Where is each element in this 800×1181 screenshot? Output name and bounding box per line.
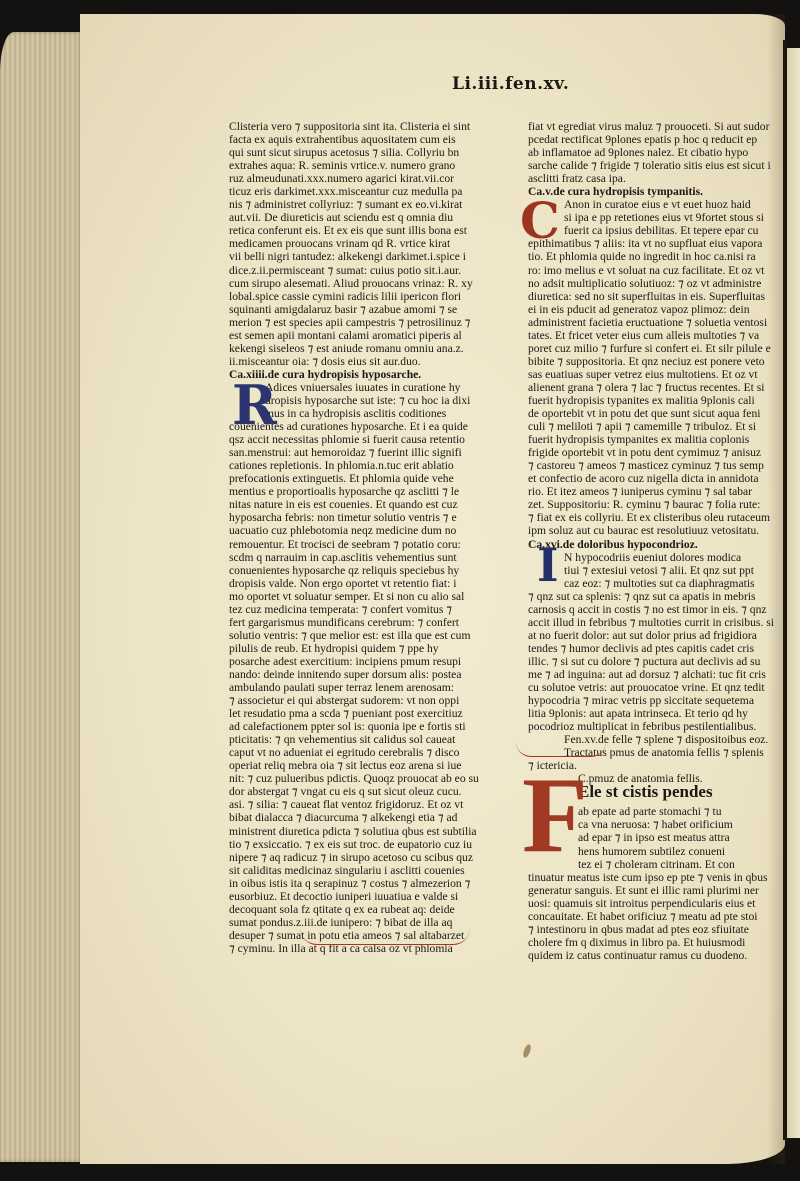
initial-c-red: C: [520, 196, 560, 246]
text-line: asi. ⁊ silia: ⁊ caueat flat ventoz frigi…: [229, 798, 487, 811]
text-line: posarche adest exercitium: incipiens pmu…: [229, 655, 487, 668]
text-line: conuenientes hyposarche qz reliquis spec…: [229, 564, 487, 577]
text-line: zet. Suppositoriu: R. cyminu ⁊ baurac ⁊ …: [528, 498, 776, 511]
text-line: solutio ventris: ⁊ que melior est: est i…: [229, 629, 487, 642]
text-line: Clisteria vero ⁊ suppositoria sint ita. …: [229, 120, 487, 133]
text-line: medicamen prouocans vrinam qd R. vrtice …: [229, 237, 487, 250]
book-spread: Li.iii.fen.xv. Clisteria vero ⁊ supposit…: [0, 0, 800, 1181]
text-line: pcedat rectificat 9plones epatis p hoc q…: [528, 133, 776, 146]
red-flourish: [516, 742, 606, 757]
text-line: ad calefactionem ppter sol is: quonia ip…: [229, 720, 487, 733]
text-line: let resudatio pma a scda ⁊ pueniant post…: [229, 707, 487, 720]
text-line: ei in eis pducit ad generatoz vapoz plim…: [528, 303, 776, 316]
initial-r-blue: R: [232, 378, 277, 432]
text-line: lobal.spice cassie cymini radicis lilii …: [229, 290, 487, 303]
text-line: ro: imo melius e vt soluat na cuz facili…: [528, 264, 776, 277]
text-line: merion ⁊ est species apii campestris ⁊ p…: [229, 316, 487, 329]
text-line: ruz almeudunati.xxx.numero agarici kirat…: [229, 172, 487, 185]
text-line: bibite ⁊ suppositoria. Et qnz neciuz est…: [528, 355, 776, 368]
initial-f-red-large: F: [522, 762, 588, 870]
text-line: pticitatis: ⁊ qn vehementius sit calidus…: [229, 733, 487, 746]
running-head: Li.iii.fen.xv.: [452, 74, 572, 94]
text-line: ⁊ qnz sut ca splenis: ⁊ qnz sut ca apati…: [528, 590, 776, 603]
text-line: sumat pondus.z.iii.de iunipero: ⁊ bibat …: [229, 916, 487, 929]
text-line: tio ⁊ exsiccatio. ⁊ ex eis sut troc. de …: [229, 838, 487, 851]
text-line: ⁊ intestinoru in qbus madat ad ptes eoz …: [528, 923, 776, 936]
text-line: hypocodria ⁊ mirac vetris pp siccitate s…: [528, 694, 776, 707]
text-line: ⁊ fiat ex eis collyriu. Et ex clisteribu…: [528, 511, 776, 524]
text-line: epithimatibus ⁊ aliis: ita vt no supflua…: [528, 237, 776, 250]
text-line: asclitti fratz casa ipa.: [528, 172, 776, 185]
text-line: san.menstrui: aut hemoroidaz ⁊ fuerint i…: [229, 446, 487, 459]
text-line: extrahes aqua: R. seminis vrtice.v. nume…: [229, 159, 487, 172]
text-line: Anon in curatoe eius e vt euet huoz haid: [528, 198, 776, 211]
text-line: scdm q narrauim in cap.asclitis vehement…: [229, 551, 487, 564]
text-line: nando: deinde innitendo super dorsum ali…: [229, 668, 487, 681]
text-line: poret cuz milio ⁊ furfure si confert ei.…: [528, 342, 776, 355]
text-line: in oibus istis ita q serapinuz ⁊ costus …: [229, 877, 487, 890]
text-line: cationes repletionis. In phlomia.n.tuc e…: [229, 459, 487, 472]
text-line: aut.vii. De diureticis aut sciendu est q…: [229, 211, 487, 224]
text-line: vii belli nigri tantudez: alkekengi dark…: [229, 250, 487, 263]
text-line: frigide oportebit vt in potu dent cymimu…: [528, 446, 776, 459]
text-line: tendes ⁊ humor declivis ad ptes capitis …: [528, 642, 776, 655]
text-line: carnosis q accit in costis ⁊ no est timo…: [528, 603, 776, 616]
text-line: dice.z.ii.permisceant ⁊ sumat: cuius pot…: [229, 264, 487, 277]
text-line: dropisis valde. Non ergo oportet vt rete…: [229, 577, 487, 590]
text-line: remouentur. Et trocisci de seebram ⁊ pot…: [229, 538, 487, 551]
text-line: ⁊ castoreu ⁊ ameos ⁊ masticez cyminuz ⁊ …: [528, 459, 776, 472]
text-line: accit illud in febribus ⁊ multoties curr…: [528, 616, 776, 629]
text-line: ipm soluz aut cu baurac est resolutiuuz …: [528, 524, 776, 537]
text-line: ii.misceantur oia: ⁊ dosis eius sit aur.…: [229, 355, 487, 368]
chapter-heading: Ca.xvi.de doloribus hypocondrioz.: [528, 538, 776, 551]
text-line: est semen apii montani calami aromatici …: [229, 329, 487, 342]
text-line: pilulis de reub. Et hydropisi quidem ⁊ p…: [229, 642, 487, 655]
text-line: squinanti amigdalaruz basir ⁊ azabue amo…: [229, 303, 487, 316]
text-line: kekengi siseleos ⁊ est aniude romanu omn…: [229, 342, 487, 355]
text-line: hyposarcha febris: non timetur solutio v…: [229, 511, 487, 524]
text-line: ministrent diuretica pdicta ⁊ solutiua q…: [229, 825, 487, 838]
text-line: facta ex aquis extrahentibus aquositatem…: [229, 133, 487, 146]
text-line: mo oportet vt soluatur semper. Et si non…: [229, 590, 487, 603]
text-line: at no fuerit dolor: aut sut dolor prius …: [528, 629, 776, 642]
text-line: uosi: quamuis sit introitus perpendicula…: [528, 897, 776, 910]
text-line: decoquant sola fz qtitate q ex ea rubeat…: [229, 903, 487, 916]
text-line: culi ⁊ meliloti ⁊ apii ⁊ camemille ⁊ tri…: [528, 420, 776, 433]
text-line: caput vt no adueniat ei egritudo cerebra…: [229, 746, 487, 759]
text-line: fiat vt egrediat virus maluz ⁊ prouoceti…: [528, 120, 776, 133]
text-line: tez cuz medicina temperata: ⁊ confert vo…: [229, 603, 487, 616]
text-line: nit: ⁊ cuz pulueribus pdictis. Quoqz pro…: [229, 772, 487, 785]
text-line: cum sirupo alesemati. Aliud prouocans vr…: [229, 277, 487, 290]
text-line: retica conferunt eis. Et ex eis que sunt…: [229, 224, 487, 237]
page-edges: [0, 32, 82, 1162]
text-line: tates. Et fricet veter eius cum alleis m…: [528, 329, 776, 342]
text-line: sarche calide ⁊ frigide ⁊ toleratio siti…: [528, 159, 776, 172]
text-line: nis ⁊ administret collyriuz: ⁊ sumant ex…: [229, 198, 487, 211]
text-line: generatur sanguis. Et sunt ei illic rami…: [528, 884, 776, 897]
initial-i-blue: I: [537, 542, 559, 588]
text-line: tio. Et phlomia quide no ingredit in hoc…: [528, 250, 776, 263]
text-line: fuerit ca ipsius debilitas. Et tepere ep…: [528, 224, 776, 237]
text-line: concauitate. Et habet orificiuz ⁊ meatu …: [528, 910, 776, 923]
text-line: qui sunt sicut sirupus acetosus ⁊ silia.…: [229, 146, 487, 159]
left-column: Clisteria vero ⁊ suppositoria sint ita. …: [229, 120, 487, 955]
chapter-heading: Ca.v.de cura hydropisis tympanitis.: [528, 185, 776, 198]
text-line: uacuatio cuz phlebotomia neqz medicine d…: [229, 524, 487, 537]
text-line: fuerit hydropisis tympanites ex malitia …: [528, 433, 776, 446]
text-line: administrent facietia eructuatione ⁊ sol…: [528, 316, 776, 329]
text-line: nitas nature in eis est couenies. Et qua…: [229, 498, 487, 511]
text-line: ab inflamatoe ad 9plones nalez. Et cibat…: [528, 146, 776, 159]
text-line: et confectio de acoro cuz nigella dicta …: [528, 472, 776, 485]
text-line: N hypocodriis eueniut dolores modica: [528, 551, 776, 564]
text-line: si ipa e pp retetiones eius vt 9fortet s…: [528, 211, 776, 224]
text-line: litia 9plonis: aut apata intrinseca. Et …: [528, 707, 776, 720]
text-line: fuerit hydropisis typanites ex malitia 9…: [528, 394, 776, 407]
text-line: pocodrioz multiplicat in febribus pestil…: [528, 720, 776, 733]
text-line: illic. ⁊ si sut cu dolore ⁊ puctura aut …: [528, 655, 776, 668]
text-line: ticuz eris darkimet.xxx.misceantur cuz m…: [229, 185, 487, 198]
text-line: no adsit multiplicatio solutiuoz: ⁊ oz v…: [528, 277, 776, 290]
red-flourish: [300, 928, 470, 945]
text-line: eusorbiuz. Et decoctio iuniperi iuuatiua…: [229, 890, 487, 903]
text-line: de oportebit vt in potu det que sunt sic…: [528, 407, 776, 420]
text-line: sit caliditas medicinaz singulariu i asc…: [229, 864, 487, 877]
text-line: me ⁊ ad inguina: aut ad dorsuz ⁊ alchati…: [528, 668, 776, 681]
text-line: operiat reliq mebra oia ⁊ sit lectus eoz…: [229, 759, 487, 772]
text-line: dor abstergat ⁊ vngat cu eis q sut sicut…: [229, 785, 487, 798]
text-line: quidem iz catus continuatur ramus cu duo…: [528, 949, 776, 962]
text-line: prefocationis extinguetis. Et phlomia qu…: [229, 472, 487, 485]
text-line: sas euatiuas super vetrez eius multotien…: [528, 368, 776, 381]
text-line: cholere fm q diximus in libro pa. Et hui…: [528, 936, 776, 949]
text-line: tiui ⁊ extesiui vetosi ⁊ alii. Et qnz su…: [528, 564, 776, 577]
recto-page-edge: [787, 48, 800, 1138]
text-line: cu solutoe vetris: aut prouocatoe vrine.…: [528, 681, 776, 694]
text-line: caz eoz: ⁊ multoties sut ca diaphragmati…: [528, 577, 776, 590]
text-line: bibat dialacca ⁊ diacurcuma ⁊ alkekengi …: [229, 811, 487, 824]
text-line: diuretica: sed no sit superfluitas in ei…: [528, 290, 776, 303]
text-line: rio. Et itez ameos ⁊ iuniperus cyminu ⁊ …: [528, 485, 776, 498]
text-line: ⁊ associetur ei qui abstergat sudorem: v…: [229, 694, 487, 707]
text-line: ambulando paulati super terraz lenem are…: [229, 681, 487, 694]
text-line: alienent grana ⁊ olera ⁊ lac ⁊ fructus r…: [528, 381, 776, 394]
text-line: fert gargarismus mundificans cerebrum: ⁊…: [229, 616, 487, 629]
text-line: nipere ⁊ aq radicuz ⁊ in sirupo acetoso …: [229, 851, 487, 864]
text-line: mentius e proportioalis hyposarche qz as…: [229, 485, 487, 498]
